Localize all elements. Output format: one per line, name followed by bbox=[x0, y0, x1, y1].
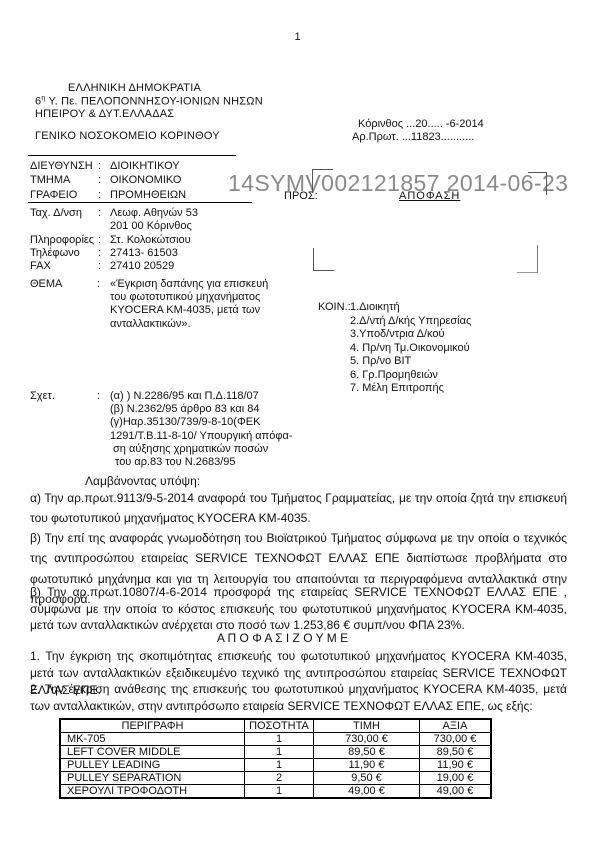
org-line2-rest: Υ. Πε. ΠΕΛΟΠΟΝΝΗΣΟΥ-ΙΟΝΙΩΝ ΝΗΣΩΝ bbox=[45, 96, 262, 108]
contact-separator: : bbox=[98, 189, 110, 201]
contact-value: ΠΡΟΜΗΘΕΙΩΝ bbox=[110, 189, 186, 201]
contact-label: FAX bbox=[30, 260, 98, 272]
cc-item: 1.Διοικητή bbox=[350, 301, 471, 315]
cell-price: 9,50 € bbox=[314, 772, 420, 785]
table-row: PULLEY LEADING 1 11,90 € 11,90 € bbox=[60, 759, 491, 772]
table-row: ΧΕΡΟΥΛΙ ΤΡΟΦΟΔΟΤΗ 1 49,00 € 49,00 € bbox=[60, 785, 491, 799]
subject-line: KYOCERA KM-4035, μετά των bbox=[110, 304, 268, 317]
cell-value: 11,90 € bbox=[420, 759, 492, 772]
contact-label: Ταχ. Δ/νση bbox=[30, 207, 98, 219]
contact-separator: : bbox=[98, 207, 110, 219]
subject-separator: : bbox=[97, 278, 100, 290]
contact-row-office: ΓΡΑΦΕΙΟ:ΠΡΟΜΗΘΕΙΩΝ bbox=[30, 189, 186, 201]
city-date: Κόρινθος ...20..... -6-2014 bbox=[358, 118, 484, 130]
references-separator: : bbox=[97, 390, 100, 402]
paragraph-b2: β) Την αρ.πρωτ.10807/4-6-2014 προσφορά τ… bbox=[30, 584, 567, 634]
cell-quantity: 1 bbox=[245, 759, 314, 772]
contact-row-phone: Τηλέφωνο:27413- 61503 bbox=[30, 247, 178, 259]
contact-value: ΟΙΚΟΝΟΜΙΚΟ bbox=[110, 174, 181, 186]
cell-quantity: 2 bbox=[245, 772, 314, 785]
contact-value: Λεωφ. Αθηνών 53 bbox=[110, 207, 198, 219]
reference-line: (β) Ν.2362/95 άρθρο 83 και 84 bbox=[110, 403, 293, 416]
cell-quantity: 1 bbox=[245, 785, 314, 799]
header-value: ΑΞΙΑ bbox=[420, 719, 492, 733]
stamp-corner-top-left bbox=[312, 169, 333, 193]
cell-price: 11,90 € bbox=[314, 759, 420, 772]
header-price: ΤΙΜΗ bbox=[314, 719, 420, 733]
contact-separator: : bbox=[98, 247, 110, 259]
divider-line-office bbox=[28, 202, 252, 203]
cell-value: 19,00 € bbox=[420, 772, 492, 785]
subject-line: «Έγκριση δαπάνης για επισκευή bbox=[110, 278, 268, 291]
cc-item: 4. Πρ/νη Τμ.Οικονομικού bbox=[350, 342, 471, 356]
contact-label: ΤΜΗΜΑ bbox=[30, 174, 98, 186]
org-name-line2: 6η Υ. Πε. ΠΕΛΟΠΟΝΝΗΣΟΥ-ΙΟΝΙΩΝ ΝΗΣΩΝ bbox=[35, 95, 263, 108]
cell-description: LEFT COVER MIDDLE bbox=[60, 746, 245, 759]
table-header-row: ΠΕΡΙΓΡΑΦΗ ΠΟΣΟΤΗΤΑ ΤΙΜΗ ΑΞΙΑ bbox=[60, 719, 491, 733]
cell-price: 49,00 € bbox=[314, 785, 420, 799]
subject-label: ΘΕΜΑ bbox=[30, 278, 62, 290]
cell-description: ΧΕΡΟΥΛΙ ΤΡΟΦΟΔΟΤΗ bbox=[60, 785, 245, 799]
cell-value: 49,00 € bbox=[420, 785, 492, 799]
cell-price: 89,50 € bbox=[314, 746, 420, 759]
header-description: ΠΕΡΙΓΡΑΦΗ bbox=[60, 719, 245, 733]
items-table: ΠΕΡΙΓΡΑΦΗ ΠΟΣΟΤΗΤΑ ΤΙΜΗ ΑΞΙΑ MK-705 1 73… bbox=[59, 718, 492, 799]
subject-line: ανταλλακτικών». bbox=[110, 318, 268, 331]
cell-description: PULLEY SEPARATION bbox=[60, 772, 245, 785]
subject-text: «Έγκριση δαπάνης για επισκευή του φωτοτυ… bbox=[110, 278, 268, 331]
contact-row-direction: ΔΙΕΥΘΥΝΣΗ:ΔΙΟΙΚΗΤΙΚΟΥ bbox=[30, 160, 180, 172]
org-name-line1: ΕΛΛΗΝΙΚΗ ΔΗΜΟΚΡΑΤΙΑ bbox=[68, 82, 201, 94]
apofasi-label: ΑΠΟΦΑΣΗ bbox=[399, 190, 460, 202]
decision-heading: Α Π Ο Φ Α Σ Ι Ζ Ο Υ Μ Ε bbox=[30, 631, 535, 645]
contact-row-fax: FAX:27410 20529 bbox=[30, 260, 174, 272]
reference-line: (α) ) Ν.2286/95 και Π.Δ.118/07 bbox=[110, 390, 293, 403]
cell-price: 730,00 € bbox=[314, 733, 420, 746]
cc-item: 7. Μέλη Επιτροπής bbox=[350, 382, 471, 396]
reference-line: του αρ.83 του Ν.2683/95 bbox=[110, 456, 293, 469]
contact-row-postal: 201 00 Κόρινθος bbox=[30, 220, 192, 232]
stamp-corner-top-right bbox=[528, 172, 547, 195]
cell-quantity: 1 bbox=[245, 733, 314, 746]
protocol-number: Αρ.Πρωτ. ...11823........... bbox=[352, 131, 474, 143]
contact-label: Τηλέφωνο bbox=[30, 247, 98, 259]
reference-line: (γ)Ηαρ.35130/739/9-8-10(ΦΕΚ bbox=[110, 416, 293, 429]
cell-quantity: 1 bbox=[245, 746, 314, 759]
contact-label: Πληροφορίες bbox=[30, 234, 98, 246]
contact-row-department: ΤΜΗΜΑ:ΟΙΚΟΝΟΜΙΚΟ bbox=[30, 174, 181, 186]
contact-row-info: Πληροφορίες:Στ. Κολοκώτσιου bbox=[30, 234, 191, 246]
divider-line-top bbox=[28, 155, 236, 156]
decision-item-2: 2. Την έγκριση ανάθεσης της επισκευής το… bbox=[30, 681, 567, 715]
cc-item: 2.Δ/ντή Δ/κής Υπηρεσίας bbox=[350, 315, 471, 329]
cell-value: 730,00 € bbox=[420, 733, 492, 746]
considering-heading: Λαμβάνοντας υπόψη: bbox=[85, 474, 200, 488]
cell-description: PULLEY LEADING bbox=[60, 759, 245, 772]
contact-separator: : bbox=[98, 160, 110, 172]
contact-separator: : bbox=[98, 234, 110, 246]
stamp-corner-bottom-left bbox=[313, 248, 334, 271]
cell-description: MK-705 bbox=[60, 733, 245, 746]
header-quantity: ΠΟΣΟΤΗΤΑ bbox=[245, 719, 314, 733]
contact-separator: : bbox=[98, 174, 110, 186]
stamp-corner-bottom-right bbox=[517, 245, 538, 273]
reference-line: ση αύξησης χρηματικών ποσών bbox=[110, 443, 293, 456]
references-label: Σχετ. bbox=[30, 390, 55, 402]
contact-row-address: Ταχ. Δ/νση:Λεωφ. Αθηνών 53 bbox=[30, 207, 198, 219]
page-number: 1 bbox=[0, 31, 595, 43]
cc-list: 1.Διοικητή 2.Δ/ντή Δ/κής Υπηρεσίας 3.Υπο… bbox=[350, 301, 471, 396]
reference-line: 1291/Τ.Β.11-8-10/ Υπουργική απόφα- bbox=[110, 430, 293, 443]
document-page: { "page_number": "1", "header": { "line1… bbox=[0, 0, 595, 842]
paragraph-a: α) Την αρ.πρωτ.9113/9-5-2014 αναφορά του… bbox=[30, 488, 567, 528]
contact-label: ΔΙΕΥΘΥΝΣΗ bbox=[30, 160, 98, 172]
contact-value: Στ. Κολοκώτσιου bbox=[110, 234, 191, 246]
contact-value: 27413- 61503 bbox=[110, 247, 178, 259]
table-row: LEFT COVER MIDDLE 1 89,50 € 89,50 € bbox=[60, 746, 491, 759]
cc-item: 5. Πρ/νο ΒΙΤ bbox=[350, 355, 471, 369]
references-text: (α) ) Ν.2286/95 και Π.Δ.118/07 (β) Ν.236… bbox=[110, 390, 293, 469]
hospital-name: ΓΕΝΙΚΟ ΝΟΣΟΚΟΜΕΙΟ ΚΟΡΙΝΘΟΥ bbox=[35, 130, 220, 142]
contact-separator: : bbox=[98, 260, 110, 272]
cc-label: ΚΟΙΝ.: bbox=[318, 301, 351, 313]
contact-value: 27410 20529 bbox=[110, 260, 174, 272]
cc-item: 6. Γρ.Προμηθειών bbox=[350, 369, 471, 383]
contact-label: ΓΡΑΦΕΙΟ bbox=[30, 189, 98, 201]
table-row: MK-705 1 730,00 € 730,00 € bbox=[60, 733, 491, 746]
contact-value: 201 00 Κόρινθος bbox=[110, 220, 192, 232]
contact-value: ΔΙΟΙΚΗΤΙΚΟΥ bbox=[110, 160, 180, 172]
cell-value: 89,50 € bbox=[420, 746, 492, 759]
table-row: PULLEY SEPARATION 2 9,50 € 19,00 € bbox=[60, 772, 491, 785]
cc-item: 3.Υποδ/ντρια Δ/κού bbox=[350, 328, 471, 342]
org-name-line3: ΗΠΕΙΡΟΥ & ΔΥΤ.ΕΛΛΑΔΑΣ bbox=[35, 108, 174, 120]
subject-line: του φωτοτυπικού μηχανήματος bbox=[110, 291, 268, 304]
